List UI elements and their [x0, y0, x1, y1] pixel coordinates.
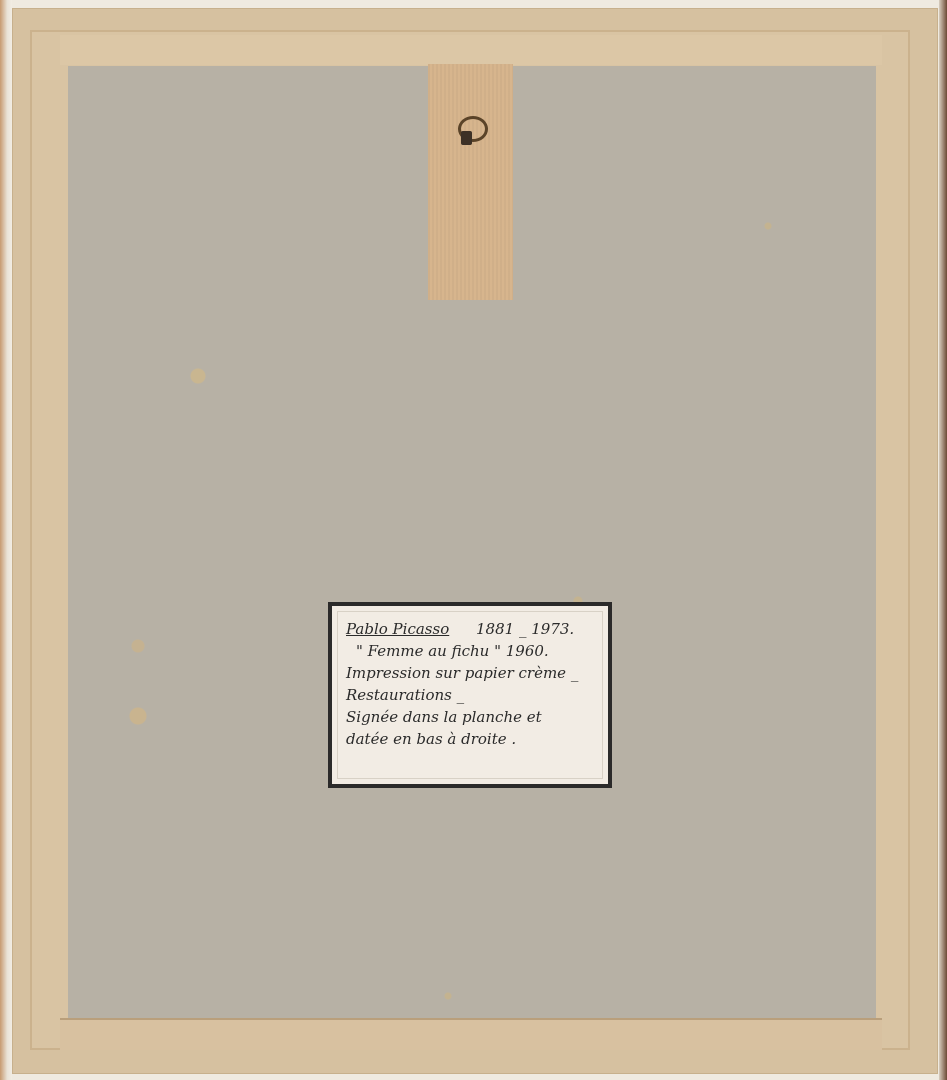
- screw-eye-icon: [461, 131, 472, 145]
- bottom-tape-band: [60, 1018, 882, 1050]
- artist-name: Pablo Picasso: [346, 620, 449, 638]
- artwork-title: " Femme au fichu " 1960.: [346, 640, 594, 662]
- dated-line: datée en bas à droite .: [346, 728, 594, 750]
- frame-right-edge: [939, 0, 947, 1080]
- medium-line: Impression sur papier crème _: [346, 662, 594, 684]
- provenance-label: Pablo Picasso 1881 _ 1973. " Femme au fi…: [328, 602, 612, 788]
- label-heading: Pablo Picasso 1881 _ 1973.: [346, 618, 594, 640]
- signed-line: Signée dans la planche et: [346, 706, 594, 728]
- hanger-kraft-tape: [428, 64, 513, 300]
- artist-dates: 1881 _ 1973.: [476, 620, 574, 638]
- restorations-line: Restaurations _: [346, 684, 594, 706]
- top-tape-band: [60, 35, 882, 65]
- frame-left-edge: [0, 0, 12, 1080]
